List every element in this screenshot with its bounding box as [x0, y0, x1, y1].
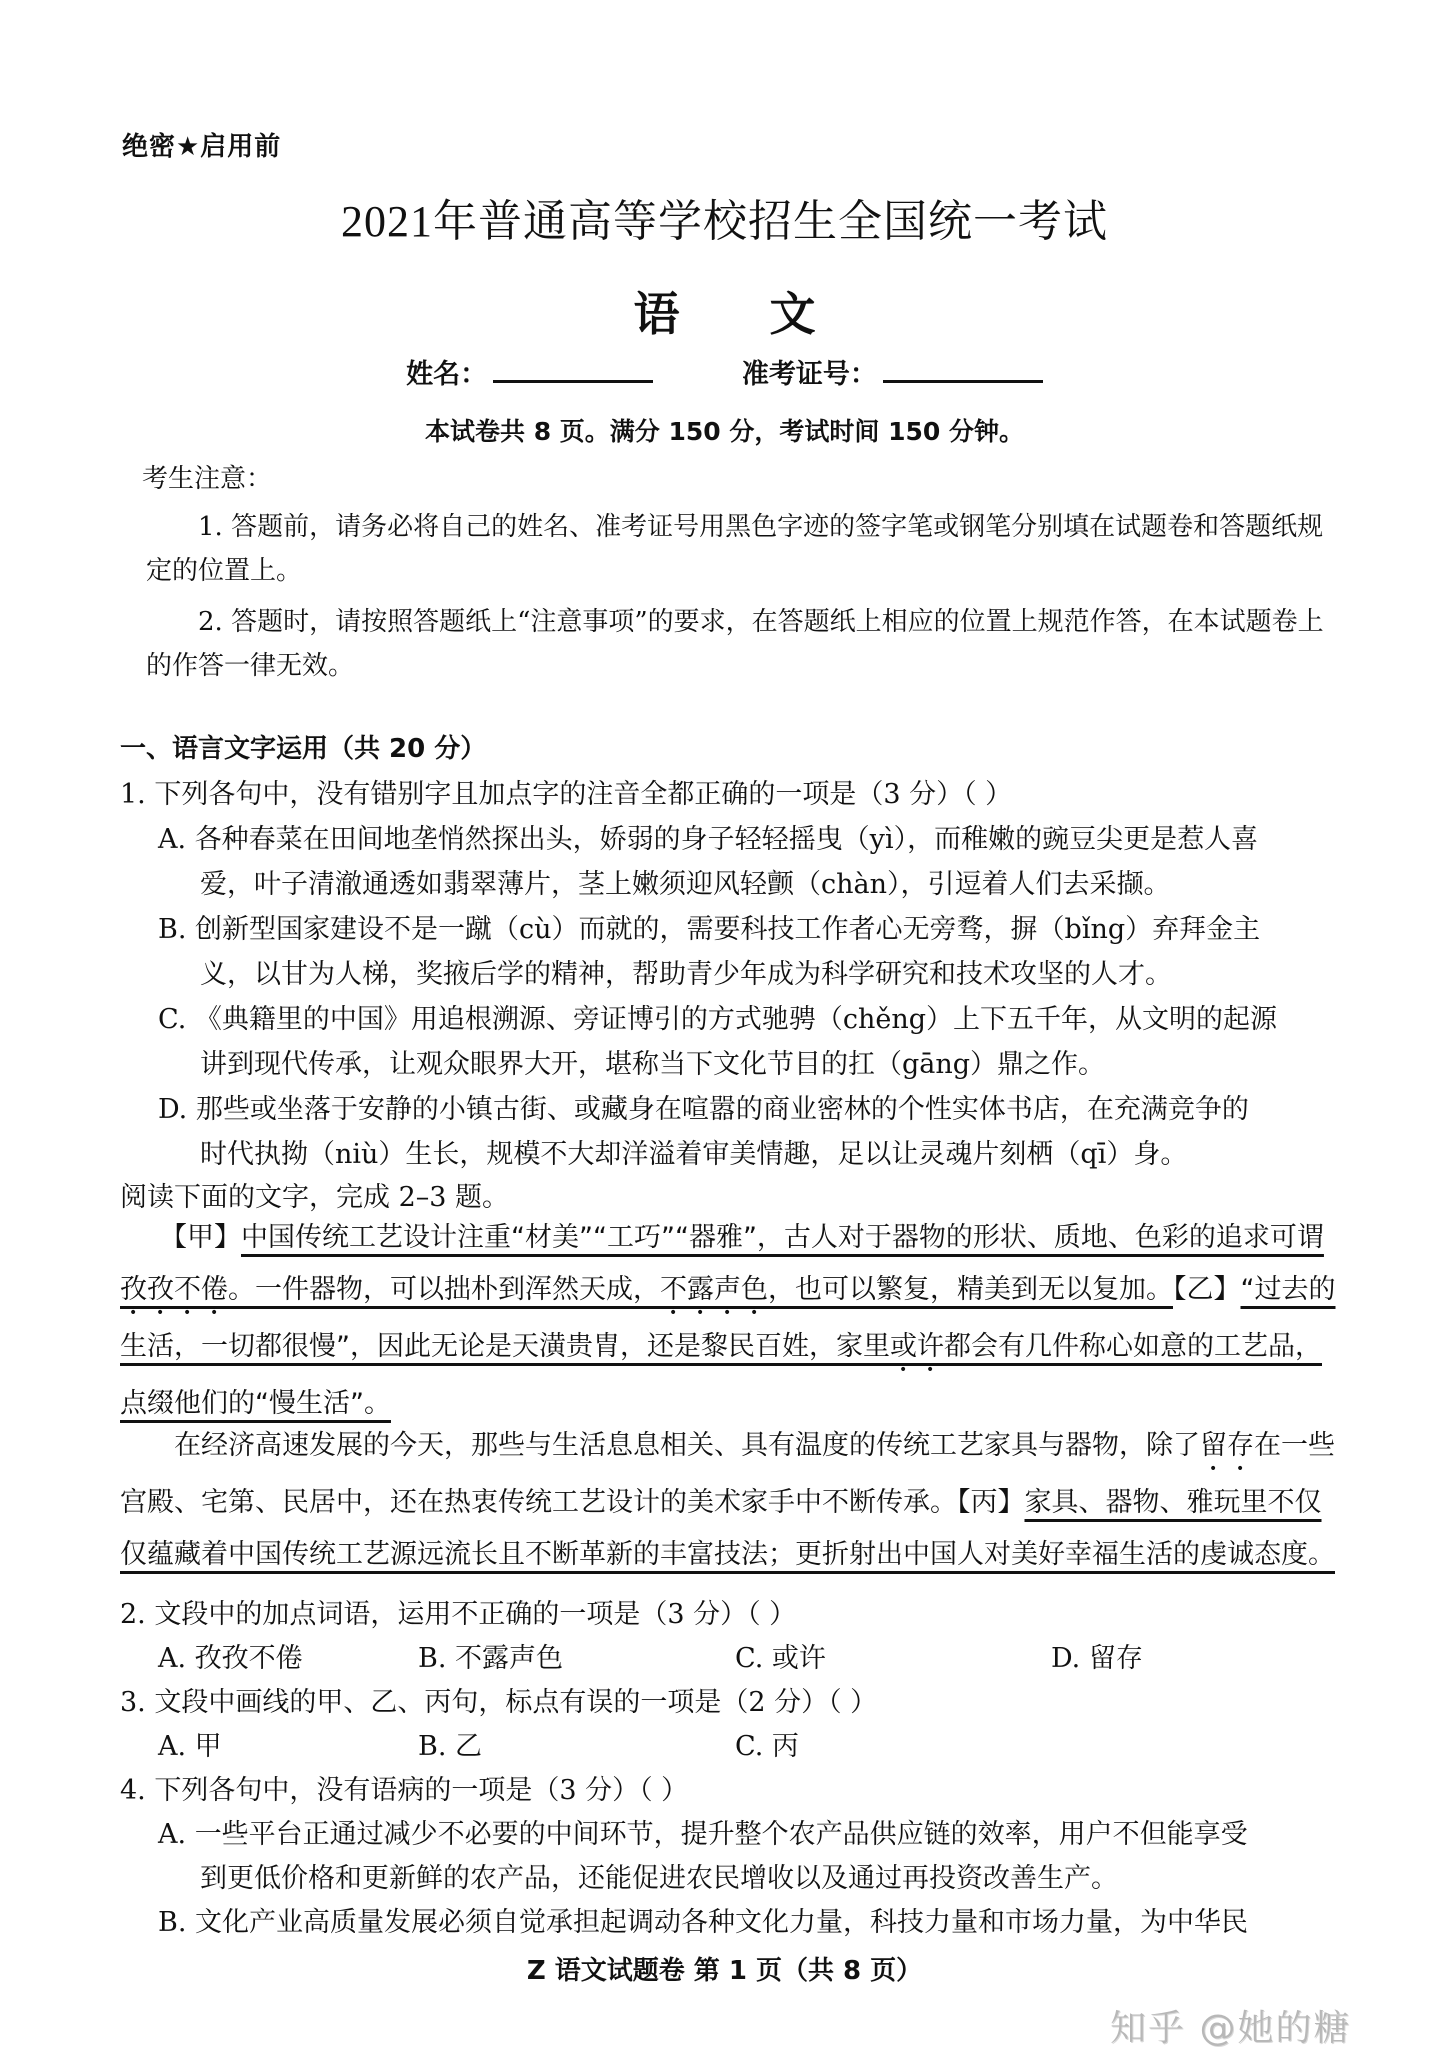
q2-option-d: D. 留存 [1051, 1636, 1143, 1675]
subject-char-1: 语 [634, 278, 680, 344]
watermark: 知乎 @她的糖 [1110, 2000, 1351, 2048]
q1-option-c: C. 《典籍里的中国》用追根溯源、旁证博引的方式驰骋（chěng）上下五千年，从… [158, 997, 1277, 1036]
q1-option-c-cont: 讲到现代传承，让观众眼界大开，堪称当下文化节目的扛（gāng）鼎之作。 [200, 1042, 1105, 1081]
notice-item-2: 2. 答题时，请按照答题纸上“注意事项”的要求，在答题纸上相应的位置上规范作答，… [146, 600, 1326, 688]
q2-option-a: A. 孜孜不倦 [158, 1636, 303, 1675]
q1-option-d-cont: 时代执拗（niù）生长，规模不大却洋溢着审美情趣，足以让灵魂片刻栖（qī）身。 [200, 1132, 1187, 1171]
question-2-stem: 2. 文段中的加点词语，运用不正确的一项是（3 分）（ ） [120, 1592, 796, 1631]
exam-info: 本试卷共 8 页。满分 150 分，考试时间 150 分钟。 [0, 412, 1449, 448]
ticket-label: 准考证号： [742, 359, 877, 390]
q4-option-a: A. 一些平台正通过减少不必要的中间环节，提升整个农产品供应链的效率，用户不但能… [158, 1812, 1248, 1851]
q1-option-a: A. 各种春菜在田间地垄悄然探出头，娇弱的身子轻轻摇曳（yì），而稚嫩的豌豆尖更… [158, 817, 1258, 856]
q3-option-b: B. 乙 [418, 1724, 482, 1763]
notice-heading: 考生注意： [142, 458, 272, 495]
q2-option-c: C. 或许 [735, 1636, 826, 1675]
q4-option-b: B. 文化产业高质量发展必须自觉承担起调动各种文化力量，科技力量和市场力量，为中… [158, 1900, 1248, 1939]
exam-title: 2021年普通高等学校招生全国统一考试 [0, 185, 1449, 249]
passage-jia-yi: 【甲】中国传统工艺设计注重“材美”“工巧”“器雅”，古人对于器物的形状、质地、色… [120, 1212, 1346, 1430]
reading-intro: 阅读下面的文字，完成 2–3 题。 [120, 1175, 509, 1214]
subject-char-2: 文 [770, 278, 816, 344]
tag-jia: 【甲】 [160, 1222, 241, 1253]
ticket-blank [883, 356, 1043, 383]
question-1-stem: 1. 下列各句中，没有错别字且加点字的注音全都正确的一项是（3 分）（ ） [120, 772, 1012, 811]
notice-item-1: 1. 答题前，请务必将自己的姓名、准考证号用黑色字迹的签字笔或钢笔分别填在试题卷… [146, 505, 1326, 593]
q1-option-b: B. 创新型国家建设不是一蹴（cù）而就的，需要科技工作者心无旁骛，摒（bǐng… [158, 907, 1260, 946]
q4-option-a-cont: 到更低价格和更新鲜的农产品，还能促进农民增收以及通过再投资改善生产。 [200, 1856, 1118, 1895]
dotted-word-1: 孜孜不倦 [120, 1274, 228, 1305]
name-blank [493, 356, 653, 383]
page-footer: Z 语文试题卷 第 1 页（共 8 页） [0, 1950, 1449, 1987]
subject-title: 语文 [0, 278, 1449, 344]
question-4-stem: 4. 下列各句中，没有语病的一项是（3 分）（ ） [120, 1768, 688, 1807]
section-heading: 一、语言文字运用（共 20 分） [120, 728, 486, 765]
passage-body: 在经济高速发展的今天，那些与生活息息相关、具有温度的传统工艺家具与器物，除了留存… [120, 1420, 1346, 1581]
q2-option-b: B. 不露声色 [418, 1636, 563, 1675]
name-label: 姓名： [406, 359, 487, 390]
candidate-fields: 姓名： 准考证号： [0, 352, 1449, 391]
dotted-word-2: 不露声色 [660, 1274, 768, 1305]
confidential-mark: 绝密★启用前 [122, 126, 281, 163]
tag-yi: 【乙】 [1173, 1274, 1241, 1305]
tag-bing: 【丙】 [957, 1487, 1025, 1518]
q3-option-a: A. 甲 [158, 1724, 222, 1763]
dotted-word-3: 或许 [890, 1331, 944, 1362]
q1-option-a-cont: 爱，叶子清澈通透如翡翠薄片，茎上嫩须迎风轻颤（chàn），引逗着人们去采撷。 [200, 862, 1171, 901]
q1-option-d: D. 那些或坐落于安静的小镇古街、或藏身在喧嚣的商业密林的个性实体书店，在充满竞… [158, 1087, 1249, 1126]
question-3-stem: 3. 文段中画线的甲、乙、丙句，标点有误的一项是（2 分）（ ） [120, 1680, 877, 1719]
q1-option-b-cont: 义，以甘为人梯，奖掖后学的精神，帮助青少年成为科学研究和技术攻坚的人才。 [200, 952, 1172, 991]
dotted-word-4: 留存 [1200, 1430, 1254, 1461]
q3-option-c: C. 丙 [735, 1724, 799, 1763]
